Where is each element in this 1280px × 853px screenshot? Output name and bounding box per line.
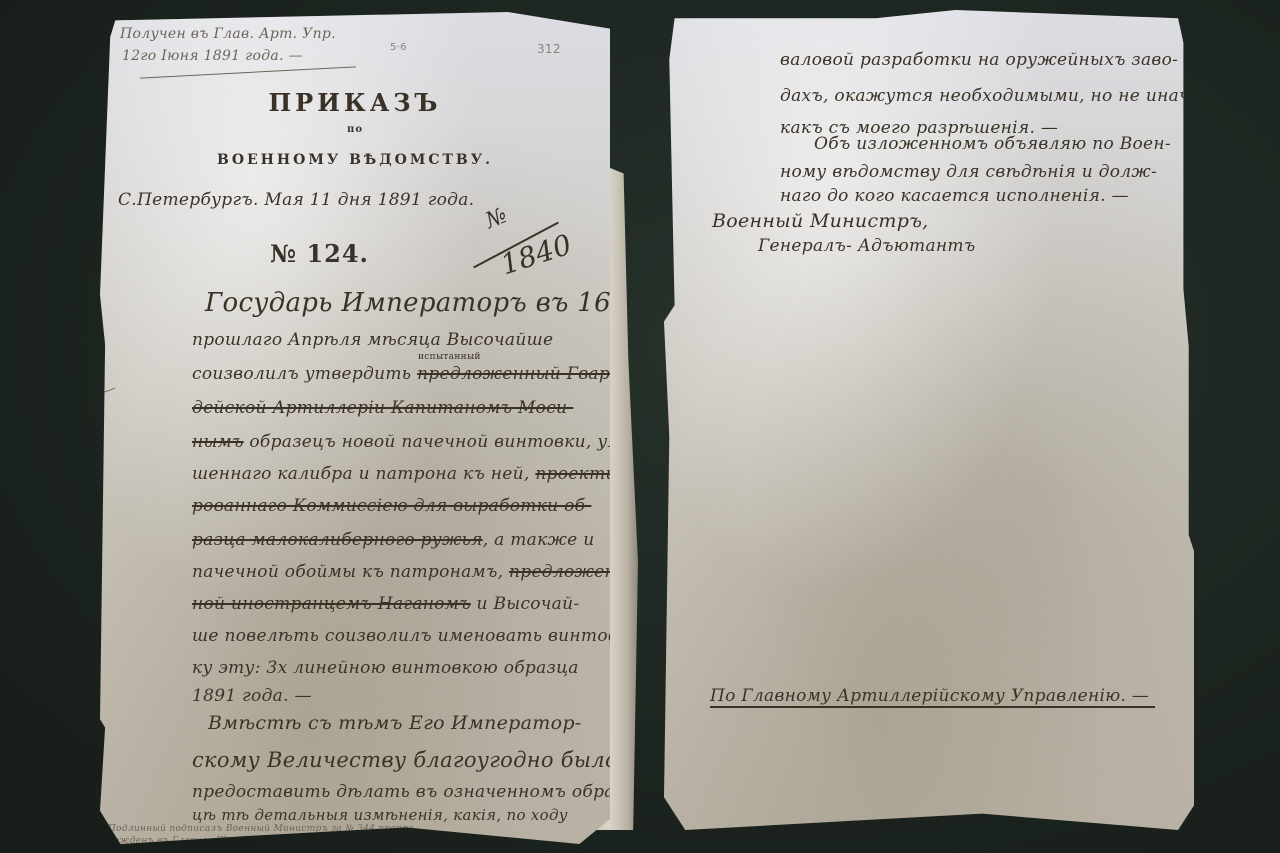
- body-line-6-struck: проекти-: [535, 464, 623, 484]
- body-line-3-text: соизволилъ утвердить: [192, 364, 411, 384]
- right-body-line-6: наго до кого касается исполненія. —: [780, 186, 1129, 206]
- body-line-8-struck: разца малокалиберного ружья: [192, 530, 483, 550]
- receipt-note-underline: [140, 66, 356, 78]
- registry-annotation: № 1840: [468, 204, 578, 294]
- body-line-3-struck: предложенный Гвар-: [417, 364, 616, 384]
- body-line-6: шеннаго калибра и патрона къ ней, проект…: [192, 464, 623, 484]
- document-page-right: валовой разработки на оружейныхъ заво- д…: [664, 10, 1194, 830]
- document-page-left: Получен въ Глав. Арт. Упр. 12го Іюня 189…: [100, 12, 610, 844]
- body-line-9-struck: предложен-: [509, 562, 622, 582]
- right-body-line-5: ному вѣдомству для свѣдѣнія и долж-: [780, 162, 1157, 182]
- body-line-3: соизволилъ утвердить предложенный Гвар-: [192, 364, 616, 384]
- receipt-note-line-1: Получен въ Глав. Арт. Упр.: [120, 26, 336, 42]
- receipt-note-line-2: 12го Іюня 1891 года. —: [122, 48, 303, 64]
- registry-number-sign: №: [482, 203, 511, 234]
- body-insertion: испытанный: [418, 352, 481, 362]
- signature-title: Военный Министръ,: [712, 210, 929, 232]
- body-line-8: разца малокалиберного ружья, а также и: [192, 530, 595, 550]
- body-line-2: прошлаго Апрѣля мѣсяца Высочайше: [192, 330, 553, 350]
- footnote-line-1: Подлинный подписалъ Военный Министръ за …: [108, 824, 417, 834]
- right-body-line-1: валовой разработки на оружейныхъ заво-: [780, 50, 1178, 70]
- body-line-10-struck: ной иностранцемъ Наганомъ: [192, 594, 471, 614]
- order-preposition: по: [100, 124, 610, 135]
- body-line-10: ной иностранцемъ Наганомъ и Высочай-: [192, 594, 579, 614]
- body-line-6-text: шеннаго калибра и патрона къ ней,: [192, 464, 530, 484]
- folio-number: 312: [537, 42, 561, 56]
- address-line: По Главному Артиллерійскому Управленію. …: [710, 686, 1155, 708]
- footnote-line-2: вожденъ въ Главное Штаба 12 Мая.: [108, 836, 296, 846]
- body-line-16: предоставить дѣлать въ означенномъ образ…: [192, 782, 630, 802]
- body-line-7: рованнаго Коммиссіею для выработки об-: [192, 496, 591, 516]
- place-date: С.Петербургъ. Мая 11 дня 1891 года.: [118, 190, 474, 210]
- order-number: № 124.: [270, 239, 369, 268]
- right-body-line-4: Объ изложенномъ объявляю по Воен-: [814, 134, 1171, 154]
- body-line-17: цѣ тѣ детальныя измѣненія, какія, по ход…: [192, 806, 568, 824]
- body-line-14: Вмѣстѣ съ тѣмъ Его Император-: [208, 712, 582, 734]
- right-body-line-2: дахъ, окажутся необходимыми, но не иначе: [780, 86, 1200, 106]
- body-line-9: пачечной обоймы къ патронамъ, предложен-: [192, 562, 622, 582]
- margin-scribble: —: [100, 380, 119, 400]
- body-line-10-text: и Высочай-: [477, 594, 580, 614]
- body-line-8-text: , а также и: [483, 530, 595, 550]
- signature-rank: Генералъ- Адъютантъ: [758, 236, 975, 256]
- order-title: ПРИКАЗЪ: [100, 88, 610, 117]
- body-line-11: ше повелѣть соизволилъ именовать винтов-: [192, 626, 624, 646]
- body-line-4: дейской Артиллеріи Капитаномъ Моси-: [192, 398, 573, 418]
- body-line-9-text: пачечной обоймы къ патронамъ,: [192, 562, 503, 582]
- body-line-5-struck: нымъ: [192, 432, 244, 452]
- order-subtitle: ВОЕННОМУ ВѢДОМСТВУ.: [100, 152, 610, 168]
- body-line-15: скому Величеству благоугодно было: [192, 748, 618, 772]
- body-line-13: 1891 года. —: [192, 686, 312, 706]
- archive-pencil-mark: 5·6: [390, 42, 407, 53]
- body-line-5: нымъ образецъ новой пачечной винтовки, у…: [192, 432, 659, 452]
- body-line-5-text: образецъ новой пачечной винтовки, умень-: [249, 432, 659, 452]
- body-line-12: ку эту: 3х линейною винтовкою образца: [192, 658, 579, 678]
- registry-number: 1840: [497, 228, 576, 282]
